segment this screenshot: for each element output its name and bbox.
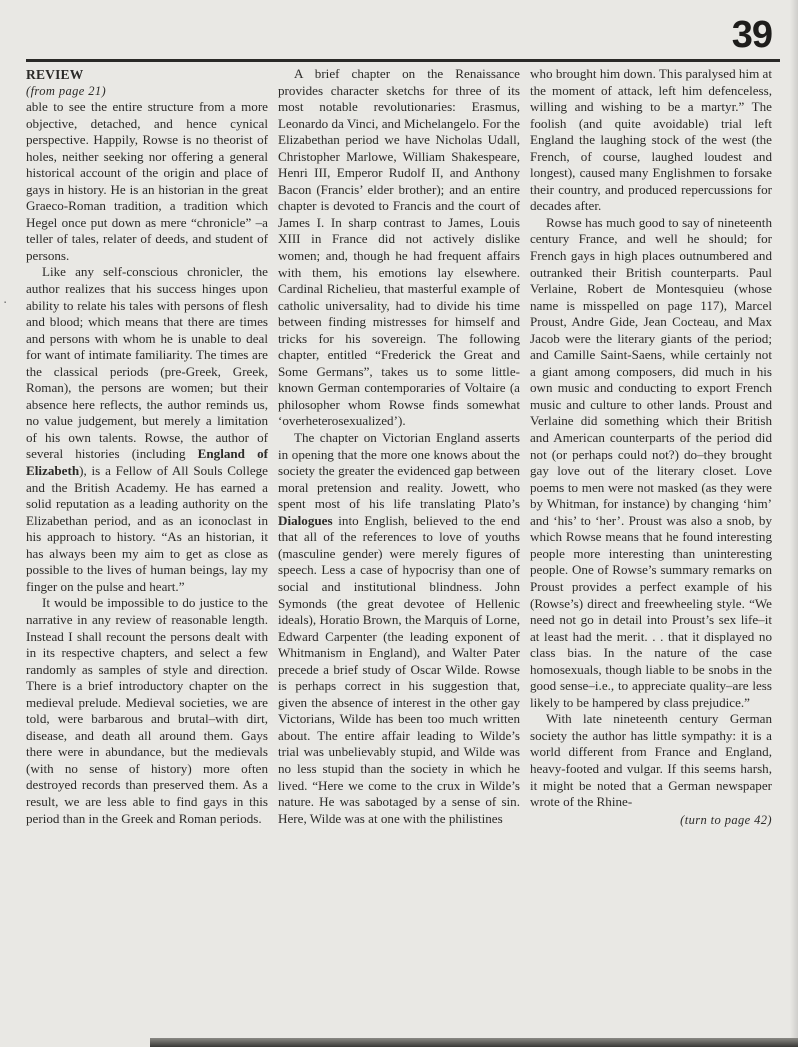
column-2: A brief chapter on the Renaissance provi… bbox=[278, 66, 520, 828]
paragraph-text: It would be impossible to do justice to … bbox=[26, 595, 268, 825]
continued-to-note: (turn to page 42) bbox=[530, 812, 772, 829]
paragraph: Rowse has much good to say of nineteenth… bbox=[530, 215, 772, 711]
paragraph-text: into English, believed to the end that a… bbox=[278, 513, 520, 826]
continued-from-note: (from page 21) bbox=[26, 83, 268, 99]
column-1-body: able to see the entire structure from a … bbox=[26, 99, 268, 827]
paragraph-text: With late nineteenth century German soci… bbox=[530, 711, 772, 809]
paragraph-text: who brought him down. This paralysed him… bbox=[530, 66, 772, 213]
paragraph: Like any self-conscious chronicler, the … bbox=[26, 264, 268, 595]
bottom-edge bbox=[150, 1038, 798, 1047]
article-columns: REVIEW (from page 21) able to see the en… bbox=[26, 66, 772, 828]
header-rule bbox=[26, 59, 780, 62]
column-3: who brought him down. This paralysed him… bbox=[530, 66, 772, 828]
paragraph-text: Rowse has much good to say of nineteenth… bbox=[530, 215, 772, 710]
paragraph-text: ), is a Fellow of All Souls College and … bbox=[26, 463, 268, 594]
paragraph-text: The chapter on Victorian England asserts… bbox=[278, 430, 520, 511]
paragraph-text: Like any self-conscious chronicler, the … bbox=[26, 264, 268, 461]
paragraph: A brief chapter on the Renaissance provi… bbox=[278, 66, 520, 430]
margin-speck: ▪ bbox=[4, 300, 6, 306]
paragraph: able to see the entire structure from a … bbox=[26, 99, 268, 264]
section-label: REVIEW bbox=[26, 66, 268, 83]
paragraph: who brought him down. This paralysed him… bbox=[530, 66, 772, 215]
paragraph: With late nineteenth century German soci… bbox=[530, 711, 772, 810]
column-1: REVIEW (from page 21) able to see the en… bbox=[26, 66, 268, 828]
paragraph-text: A brief chapter on the Renaissance provi… bbox=[278, 66, 520, 428]
column-3-body: who brought him down. This paralysed him… bbox=[530, 66, 772, 811]
page-edge-shadow bbox=[790, 0, 798, 1047]
page-number: 39 bbox=[732, 16, 772, 54]
book-title: Dialogues bbox=[278, 513, 333, 528]
paragraph: The chapter on Victorian England asserts… bbox=[278, 430, 520, 827]
column-2-body: A brief chapter on the Renaissance provi… bbox=[278, 66, 520, 827]
paragraph-text: able to see the entire structure from a … bbox=[26, 99, 268, 263]
paragraph: It would be impossible to do justice to … bbox=[26, 595, 268, 827]
